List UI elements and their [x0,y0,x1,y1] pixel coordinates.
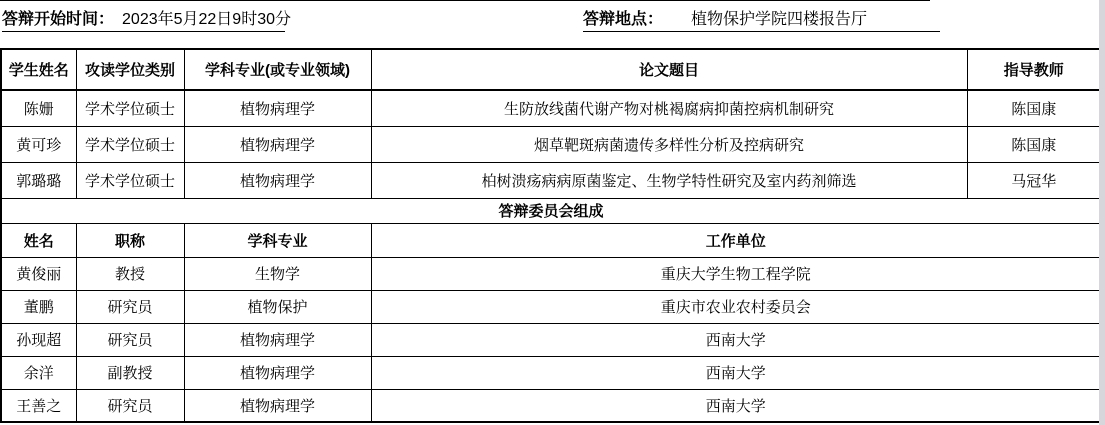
committee-major-cell: 植物病理学 [184,389,371,422]
committee-header-row: 姓名 职称 学科专业 工作单位 [1,223,1101,257]
committee-member-row: 王善之 研究员 植物病理学 西南大学 [1,389,1101,422]
defense-start-time-value: 2023年5月22日9时30分 [122,11,291,28]
committee-major-cell: 植物保护 [184,290,371,323]
student-row: 黄可珍 学术学位硕士 植物病理学 烟草靶斑病菌遗传多样性分析及控病研究 陈国康 [1,126,1101,162]
committee-name-cell: 董鹏 [1,290,76,323]
defense-location-value: 植物保护学院四楼报告厅 [691,11,867,28]
committee-major-cell: 生物学 [184,257,371,290]
committee-header-title: 职称 [76,223,184,257]
committee-organization-cell: 重庆大学生物工程学院 [371,257,1101,290]
top-partial-border [0,0,930,1]
committee-member-row: 董鹏 研究员 植物保护 重庆市农业农村委员会 [1,290,1101,323]
student-row: 郭璐璐 学术学位硕士 植物病理学 柏树溃疡病病原菌鉴定、生物学特性研究及室内药剂… [1,162,1101,198]
students-header-advisor: 指导教师 [967,49,1101,90]
student-advisor-cell: 陈国康 [967,90,1101,126]
student-major-cell: 植物病理学 [184,126,371,162]
committee-member-row: 余洋 副教授 植物病理学 西南大学 [1,356,1101,389]
student-degree-type-cell: 学术学位硕士 [76,90,184,126]
committee-title-cell: 教授 [76,257,184,290]
committee-section-title-row: 答辩委员会组成 [1,198,1101,223]
defense-start-time-label: 答辩开始时间： [2,11,114,28]
committee-header-organization: 工作单位 [371,223,1101,257]
student-name-cell: 黄可珍 [1,126,76,162]
student-major-cell: 植物病理学 [184,162,371,198]
student-name-cell: 陈姗 [1,90,76,126]
committee-major-cell: 植物病理学 [184,356,371,389]
student-thesis-title-cell: 生防放线菌代谢产物对桃褐腐病抑菌控病机制研究 [371,90,967,126]
students-header-name: 学生姓名 [1,49,76,90]
committee-title-cell: 研究员 [76,389,184,422]
student-thesis-title-cell: 烟草靶斑病菌遗传多样性分析及控病研究 [371,126,967,162]
committee-organization-cell: 重庆市农业农村委员会 [371,290,1101,323]
students-header-major: 学科专业(或专业领域) [184,49,371,90]
students-header-thesis-title: 论文题目 [371,49,967,90]
committee-name-cell: 黄俊丽 [1,257,76,290]
page-edge-strip [1099,0,1105,425]
committee-organization-cell: 西南大学 [371,389,1101,422]
committee-name-cell: 孙现超 [1,323,76,356]
committee-member-row: 孙现超 研究员 植物病理学 西南大学 [1,323,1101,356]
committee-member-row: 黄俊丽 教授 生物学 重庆大学生物工程学院 [1,257,1101,290]
students-header-row: 学生姓名 攻读学位类别 学科专业(或专业领域) 论文题目 指导教师 [1,49,1101,90]
committee-title-cell: 研究员 [76,323,184,356]
student-advisor-cell: 马冠华 [967,162,1101,198]
defense-location-field: 答辩地点：植物保护学院四楼报告厅 [583,6,940,32]
committee-header-name: 姓名 [1,223,76,257]
committee-name-cell: 余洋 [1,356,76,389]
student-thesis-title-cell: 柏树溃疡病病原菌鉴定、生物学特性研究及室内药剂筛选 [371,162,967,198]
committee-name-cell: 王善之 [1,389,76,422]
committee-title-cell: 研究员 [76,290,184,323]
committee-organization-cell: 西南大学 [371,356,1101,389]
committee-title-cell: 副教授 [76,356,184,389]
committee-major-cell: 植物病理学 [184,323,371,356]
committee-organization-cell: 西南大学 [371,323,1101,356]
committee-header-major: 学科专业 [184,223,371,257]
defense-schedule-table: 学生姓名 攻读学位类别 学科专业(或专业领域) 论文题目 指导教师 陈姗 学术学… [0,48,1102,423]
topbar: 答辩开始时间：2023年5月22日9时30分 答辩地点：植物保护学院四楼报告厅 [0,4,1100,48]
student-degree-type-cell: 学术学位硕士 [76,162,184,198]
student-name-cell: 郭璐璐 [1,162,76,198]
committee-section-title: 答辩委员会组成 [1,198,1101,223]
student-row: 陈姗 学术学位硕士 植物病理学 生防放线菌代谢产物对桃褐腐病抑菌控病机制研究 陈… [1,90,1101,126]
student-degree-type-cell: 学术学位硕士 [76,126,184,162]
students-header-degree-type: 攻读学位类别 [76,49,184,90]
defense-location-label: 答辩地点： [583,11,663,28]
student-major-cell: 植物病理学 [184,90,371,126]
student-advisor-cell: 陈国康 [967,126,1101,162]
defense-start-time-field: 答辩开始时间：2023年5月22日9时30分 [2,6,285,32]
